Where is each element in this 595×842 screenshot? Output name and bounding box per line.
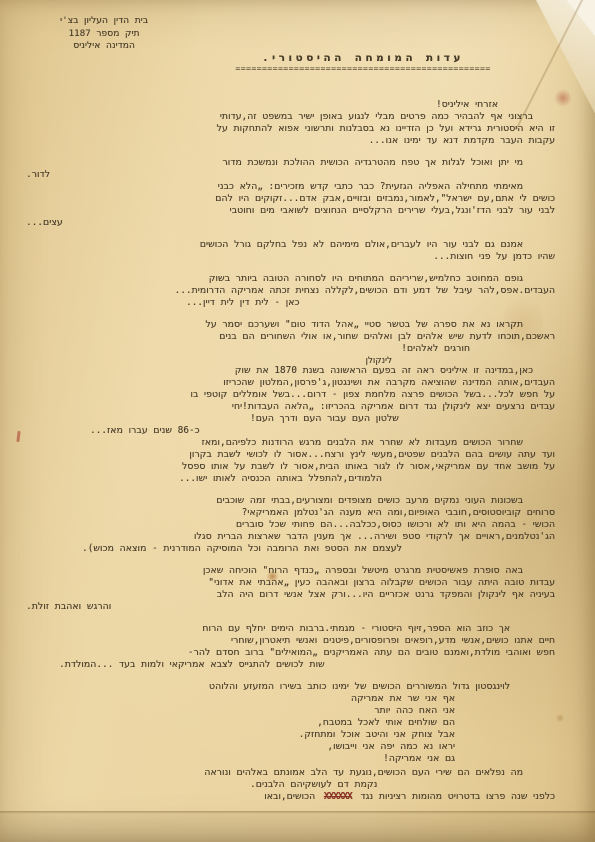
paper-stain [555, 714, 565, 722]
text-line: לוינגסטון גדול המשוררים הכושים של ימינו … [24, 681, 555, 693]
title-underline: ========================================… [224, 65, 502, 72]
text-line: הכושי - בהמה היא ותו לא ורכושו כסוס,ככלב… [24, 519, 555, 531]
poem-line: גם אני אמריקה! [24, 753, 555, 765]
text-line: מי יתן ואוכל לגלות אך טפח מהטרגדיה הכושי… [24, 157, 555, 169]
poem-line: אף אני שר את אמריקה [24, 693, 555, 705]
text-line: לדור. [24, 169, 555, 181]
text-line: על מושב אחד עם אמריקאי,אסור לו לגור באות… [24, 461, 555, 473]
text-line: שות לכושים להתגייס לצבא אמריקאי ולמות בע… [24, 659, 555, 671]
scanned-document-page: בית הדין העליון בצ'י תיק מספר 1187 המדינ… [0, 0, 595, 842]
text-line: סרוחים קוביוסטוסים,חובבי האופיום,ומה היא… [24, 507, 555, 519]
case-header: בית הדין העליון בצ'י תיק מספר 1187 המדינ… [26, 15, 182, 53]
state-name: המדינה איליניס [26, 40, 182, 53]
text-line: עקבות העבר מקדמת דנא עד ימינו אנו... [24, 135, 555, 147]
text-line: על חפש לכל...בשל הכושים פרצה מלחמת צפון … [24, 389, 555, 401]
text-line: גופם המחוטב כחלמיש,שריריהם המתוחים היו ל… [24, 273, 555, 285]
text-line: מה נפלאים הם שירי העם הכושים,נוגעת עד הל… [24, 767, 555, 779]
text-line: ברצוני אף להבהיר כמה פרטים מבלי לנגוע בא… [24, 111, 555, 123]
text-line: הג'נטלמנים,ראויים אך לרקודי סטפ ושירה...… [24, 531, 555, 543]
text-line: שלטון העם עבור העם ודרך העם! [24, 413, 555, 425]
text-line: עבדות טובה היתה עבור הכושים שקבלוה ברצון… [24, 577, 555, 589]
salutation-line: אזרחי איליניס! [24, 99, 555, 111]
text-line: חיים אתנו כושים,אנשי מדע,רופאים ופרופסור… [24, 635, 555, 647]
text-line: זו היא היסטורית גרידא ועל כן הזדיינו נא … [24, 123, 555, 135]
text-line: שהיו כדמן על פני חוצות... [24, 251, 555, 263]
text-line: בעיניה אף לינקולן והמפקד גרנט אכזריים הי… [24, 589, 555, 601]
text-line: העבדים,אותה המדינה שהוציאה מקרבה את ושינ… [24, 377, 555, 389]
closing-text-after: הכושים,ובאו [264, 791, 315, 802]
text-line: בשכונות העוני נמקים מרעב כושים מצופדים ו… [24, 495, 555, 507]
struck-word: XXXXXX [324, 791, 352, 802]
text-line: תקראו נא את ספרה של בטשר סטיי „אהל הדוד … [24, 319, 555, 331]
red-margin-tick [16, 431, 20, 442]
text-line: חפש ואוהבי מולדת,ואמנם טובים הם עתה האמר… [24, 647, 555, 659]
text-line: ראשכם,תוכחו לדעת שיש אלהים לבן ואלהים שח… [24, 331, 555, 343]
text-line: חורגים לאלהים! [24, 343, 555, 355]
text-line: כאן - לית דין לית דיין... [24, 297, 555, 309]
poem-line: יראו נא כמה יפה אני וייבושו, [24, 741, 555, 753]
text-line: נקמת דם לעושקיהם הלבנים. [24, 779, 555, 791]
text-line: אמנם גם לבני עור היו לעברים,אולם מימיהם … [24, 239, 555, 251]
closing-text-before: כלפני שנה פרצו בדטרויט מהומות רציניות נג… [360, 791, 555, 802]
text-line: כ-86 שנים עברו מאז... [24, 425, 555, 437]
text-line: ועד עתה עושים בהם הלבנים שפטים,מעשי לינץ… [24, 449, 555, 461]
red-smudge-mark [555, 88, 571, 108]
text-line: לעצמם את הסטפ ואת הרומבה וכל המוסיקה המו… [24, 543, 555, 555]
bottom-fold-shadow [0, 814, 595, 842]
document-title-block: עדות המומחה ההיסטורי. ==================… [224, 52, 502, 72]
poem-line: אני האח כהה יותר [24, 705, 555, 717]
closing-line-with-strike: כלפני שנה פרצו בדטרויט מהומות רציניות נג… [24, 791, 555, 803]
text-line: מאימתי מתחילה האפליה הגזעית? כבר כתבי קד… [24, 181, 555, 193]
text-line: הלמודים,להתפלל באותה הכנסיה לאותו ישו... [24, 473, 555, 485]
poem-line: הם שולחים אותי לאכל במטבח, [24, 717, 555, 729]
text-line: והרגש ואהבת זולת. [24, 601, 555, 613]
document-body: אזרחי איליניס! ברצוני אף להבהיר כמה פרטי… [24, 99, 555, 803]
page-title: עדות המומחה ההיסטורי. [224, 52, 502, 64]
text-line: עצים... [24, 217, 555, 229]
poem-line: אבל צוחק אני והיטב אוכל ומתחזק. [24, 729, 555, 741]
text-line: לבני עור לבני הדז'ונגל,בעלי שרירים הרקלס… [24, 205, 555, 217]
text-line: באה סופרת פאשיסטית מרגרט מיטשל ובספרה „כ… [24, 565, 555, 577]
case-number: תיק מספר 1187 [26, 28, 182, 41]
text-line: העבדים.אפס,להר עיבל של דמע ודם הכושים,לק… [24, 285, 555, 297]
text-line: אך כוזב הוא הספר,זיוף היסטורי - מגמתי.בר… [24, 623, 555, 635]
text-line: כאן,במדינה זו איליניס ראה זה בפעם הראשונ… [24, 365, 555, 377]
text-line: עבדים נרצעים יצא לינקולן נגד דרום אמריקה… [24, 401, 555, 413]
court-name: בית הדין העליון בצ'י [26, 15, 182, 28]
text-line: שחרור הכושים מעבדות לא שחרר את הלבנים מר… [24, 437, 555, 449]
text-line: כושים לי אתם,עם ישראל",לאמור,נמבזים ובזו… [24, 193, 555, 205]
